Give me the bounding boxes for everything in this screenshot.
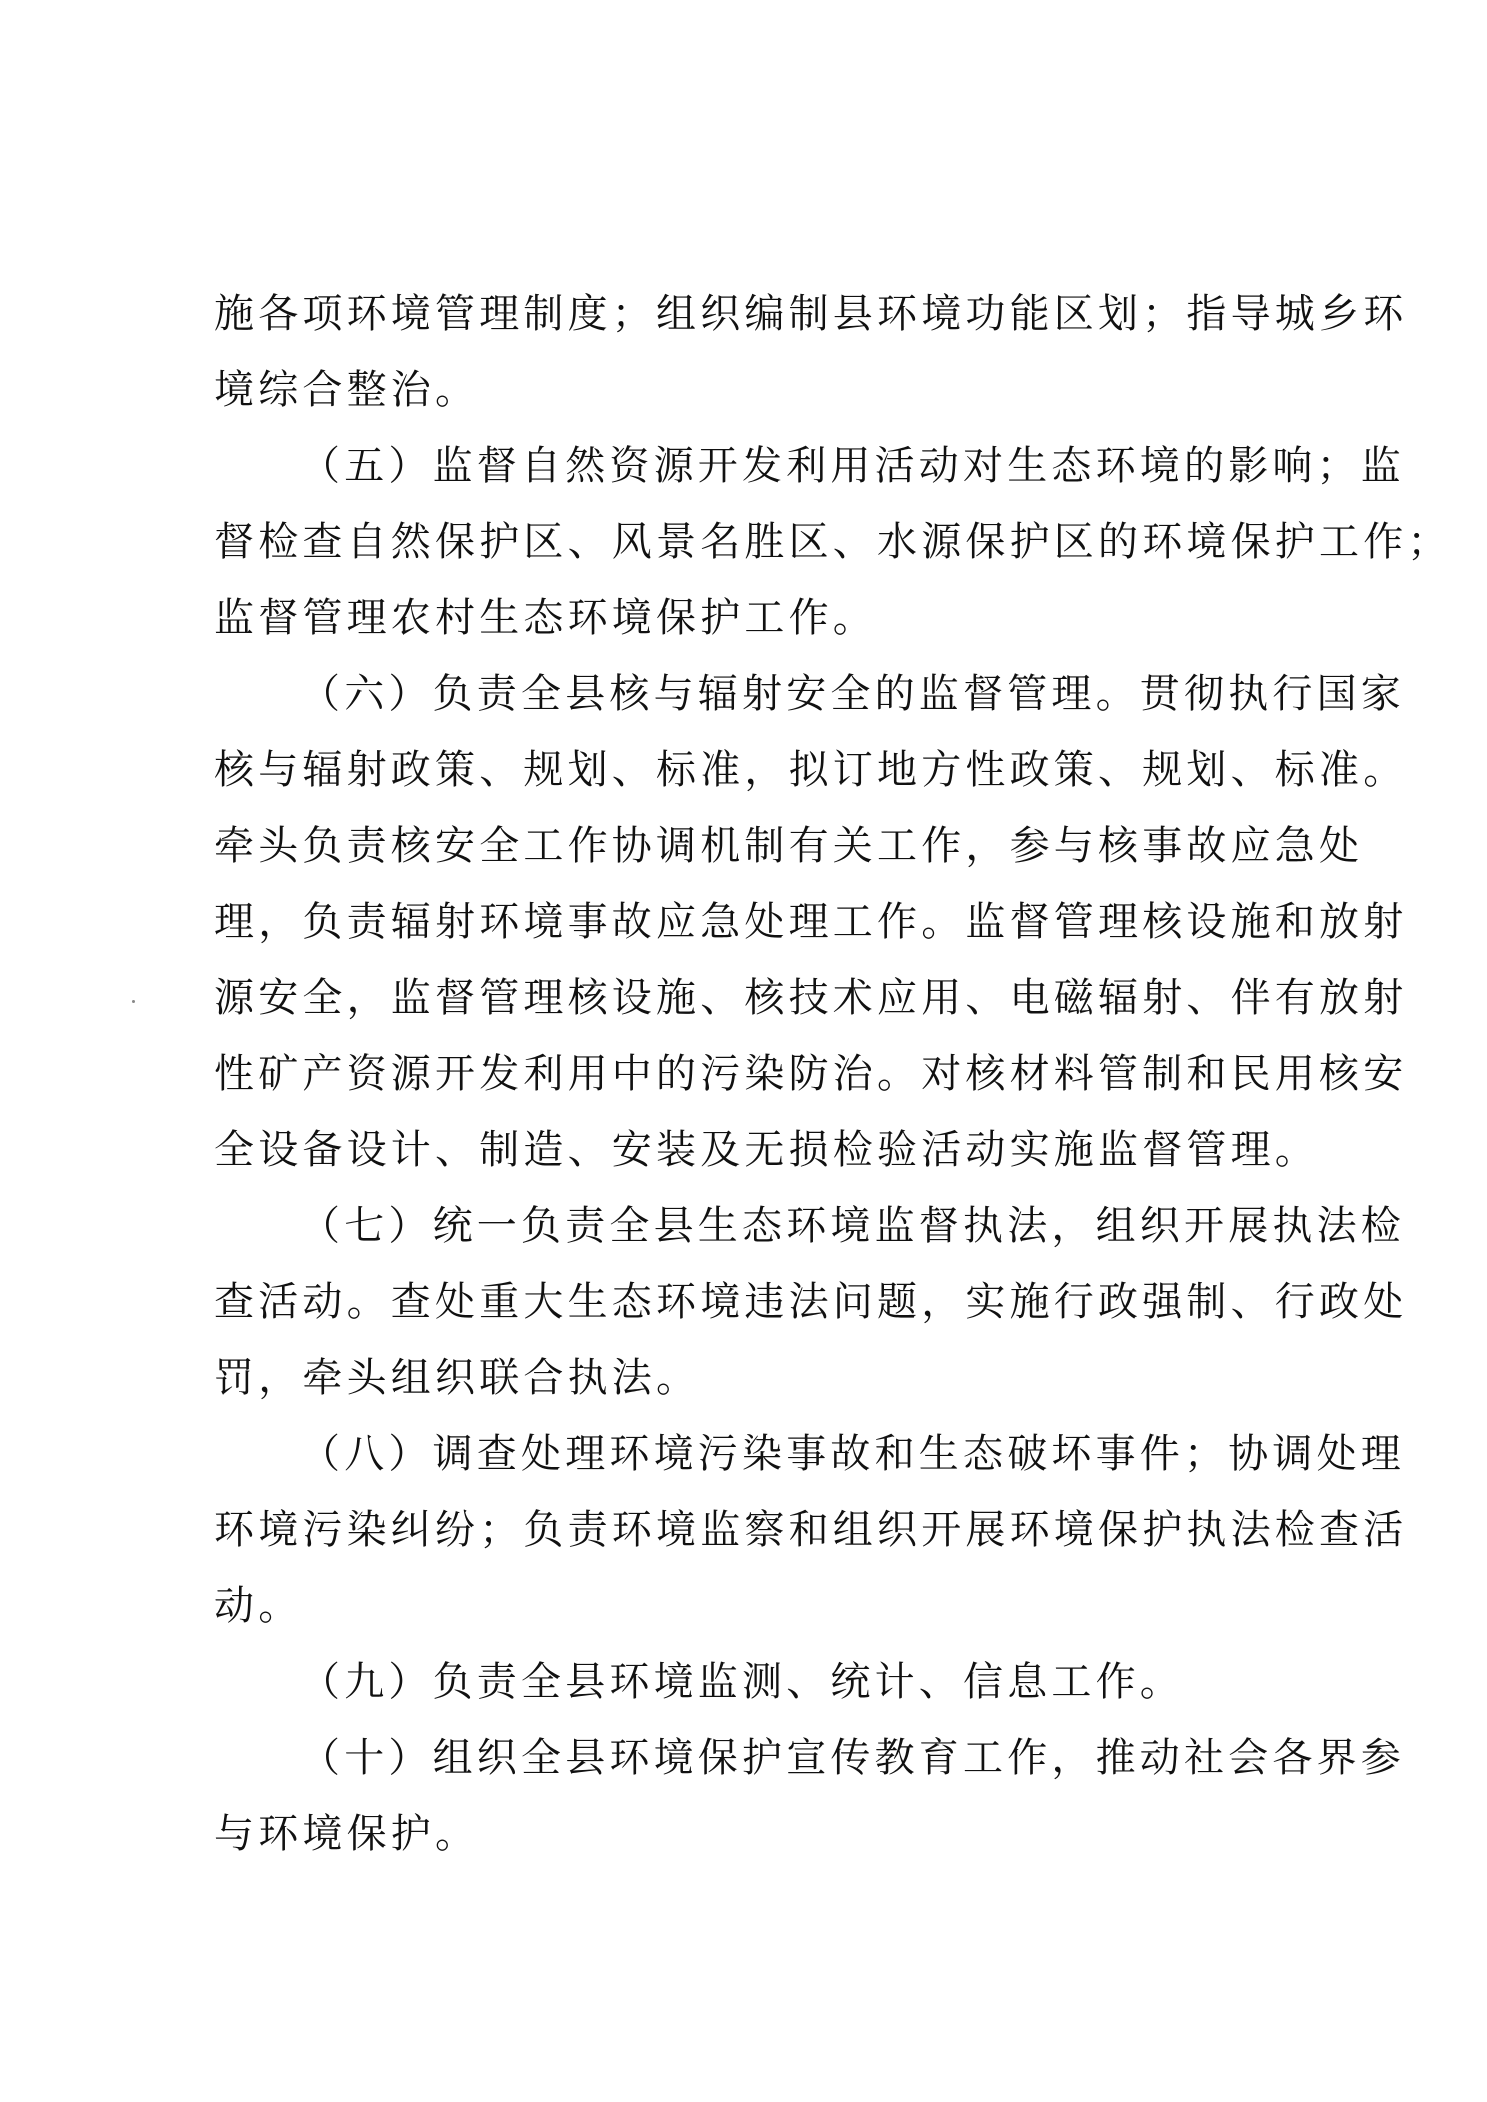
text-line: 核与辐射政策、规划、标准，拟订地方性政策、规划、标准。 [214, 732, 1294, 808]
text-line: 理，负责辐射环境事故应急处理工作。监督管理核设施和放射 [214, 884, 1294, 960]
paragraph-item-8: （八）调查处理环境污染事故和生态破坏事件；协调处理 环境污染纠纷；负责环境监察和… [214, 1416, 1294, 1644]
text-line: （十）组织全县环境保护宣传教育工作，推动社会各界参 [214, 1720, 1294, 1796]
paragraph-item-5: （五）监督自然资源开发利用活动对生态环境的影响；监 督检查自然保护区、风景名胜区… [214, 428, 1294, 656]
paragraph-item-10: （十）组织全县环境保护宣传教育工作，推动社会各界参 与环境保护。 [214, 1720, 1294, 1872]
text-line: 境综合整治。 [214, 352, 1294, 428]
document-page: 施各项环境管理制度；组织编制县环境功能区划；指导城乡环 境综合整治。 （五）监督… [0, 0, 1487, 2102]
text-line: 监督管理农村生态环境保护工作。 [214, 580, 1294, 656]
text-line: （七）统一负责全县生态环境监督执法，组织开展执法检 [214, 1188, 1294, 1264]
text-line: 性矿产资源开发利用中的污染防治。对核材料管制和民用核安 [214, 1036, 1294, 1112]
paragraph-item-7: （七）统一负责全县生态环境监督执法，组织开展执法检 查活动。查处重大生态环境违法… [214, 1188, 1294, 1416]
text-line: 施各项环境管理制度；组织编制县环境功能区划；指导城乡环 [214, 276, 1294, 352]
paragraph-item-9: （九）负责全县环境监测、统计、信息工作。 [214, 1644, 1294, 1720]
text-line: 牵头负责核安全工作协调机制有关工作，参与核事故应急处 [214, 808, 1294, 884]
document-body: 施各项环境管理制度；组织编制县环境功能区划；指导城乡环 境综合整治。 （五）监督… [214, 276, 1294, 1872]
scan-artifact [1040, 1302, 1043, 1305]
text-line: （八）调查处理环境污染事故和生态破坏事件；协调处理 [214, 1416, 1294, 1492]
text-line: （九）负责全县环境监测、统计、信息工作。 [214, 1644, 1294, 1720]
text-line: 动。 [214, 1568, 1294, 1644]
text-line: （五）监督自然资源开发利用活动对生态环境的影响；监 [214, 428, 1294, 504]
paragraph-item-6: （六）负责全县核与辐射安全的监督管理。贯彻执行国家 核与辐射政策、规划、标准，拟… [214, 656, 1294, 1188]
text-line: 环境污染纠纷；负责环境监察和组织开展环境保护执法检查活 [214, 1492, 1294, 1568]
paragraph-item-4-continued: 施各项环境管理制度；组织编制县环境功能区划；指导城乡环 境综合整治。 [214, 276, 1294, 428]
text-line: 督检查自然保护区、风景名胜区、水源保护区的环境保护工作； [214, 504, 1294, 580]
text-line: 源安全，监督管理核设施、核技术应用、电磁辐射、伴有放射 [214, 960, 1294, 1036]
scan-artifact [132, 1000, 135, 1003]
text-line: 罚，牵头组织联合执法。 [214, 1340, 1294, 1416]
text-line: （六）负责全县核与辐射安全的监督管理。贯彻执行国家 [214, 656, 1294, 732]
text-line: 查活动。查处重大生态环境违法问题，实施行政强制、行政处 [214, 1264, 1294, 1340]
text-line: 与环境保护。 [214, 1796, 1294, 1872]
text-line: 全设备设计、制造、安装及无损检验活动实施监督管理。 [214, 1112, 1294, 1188]
